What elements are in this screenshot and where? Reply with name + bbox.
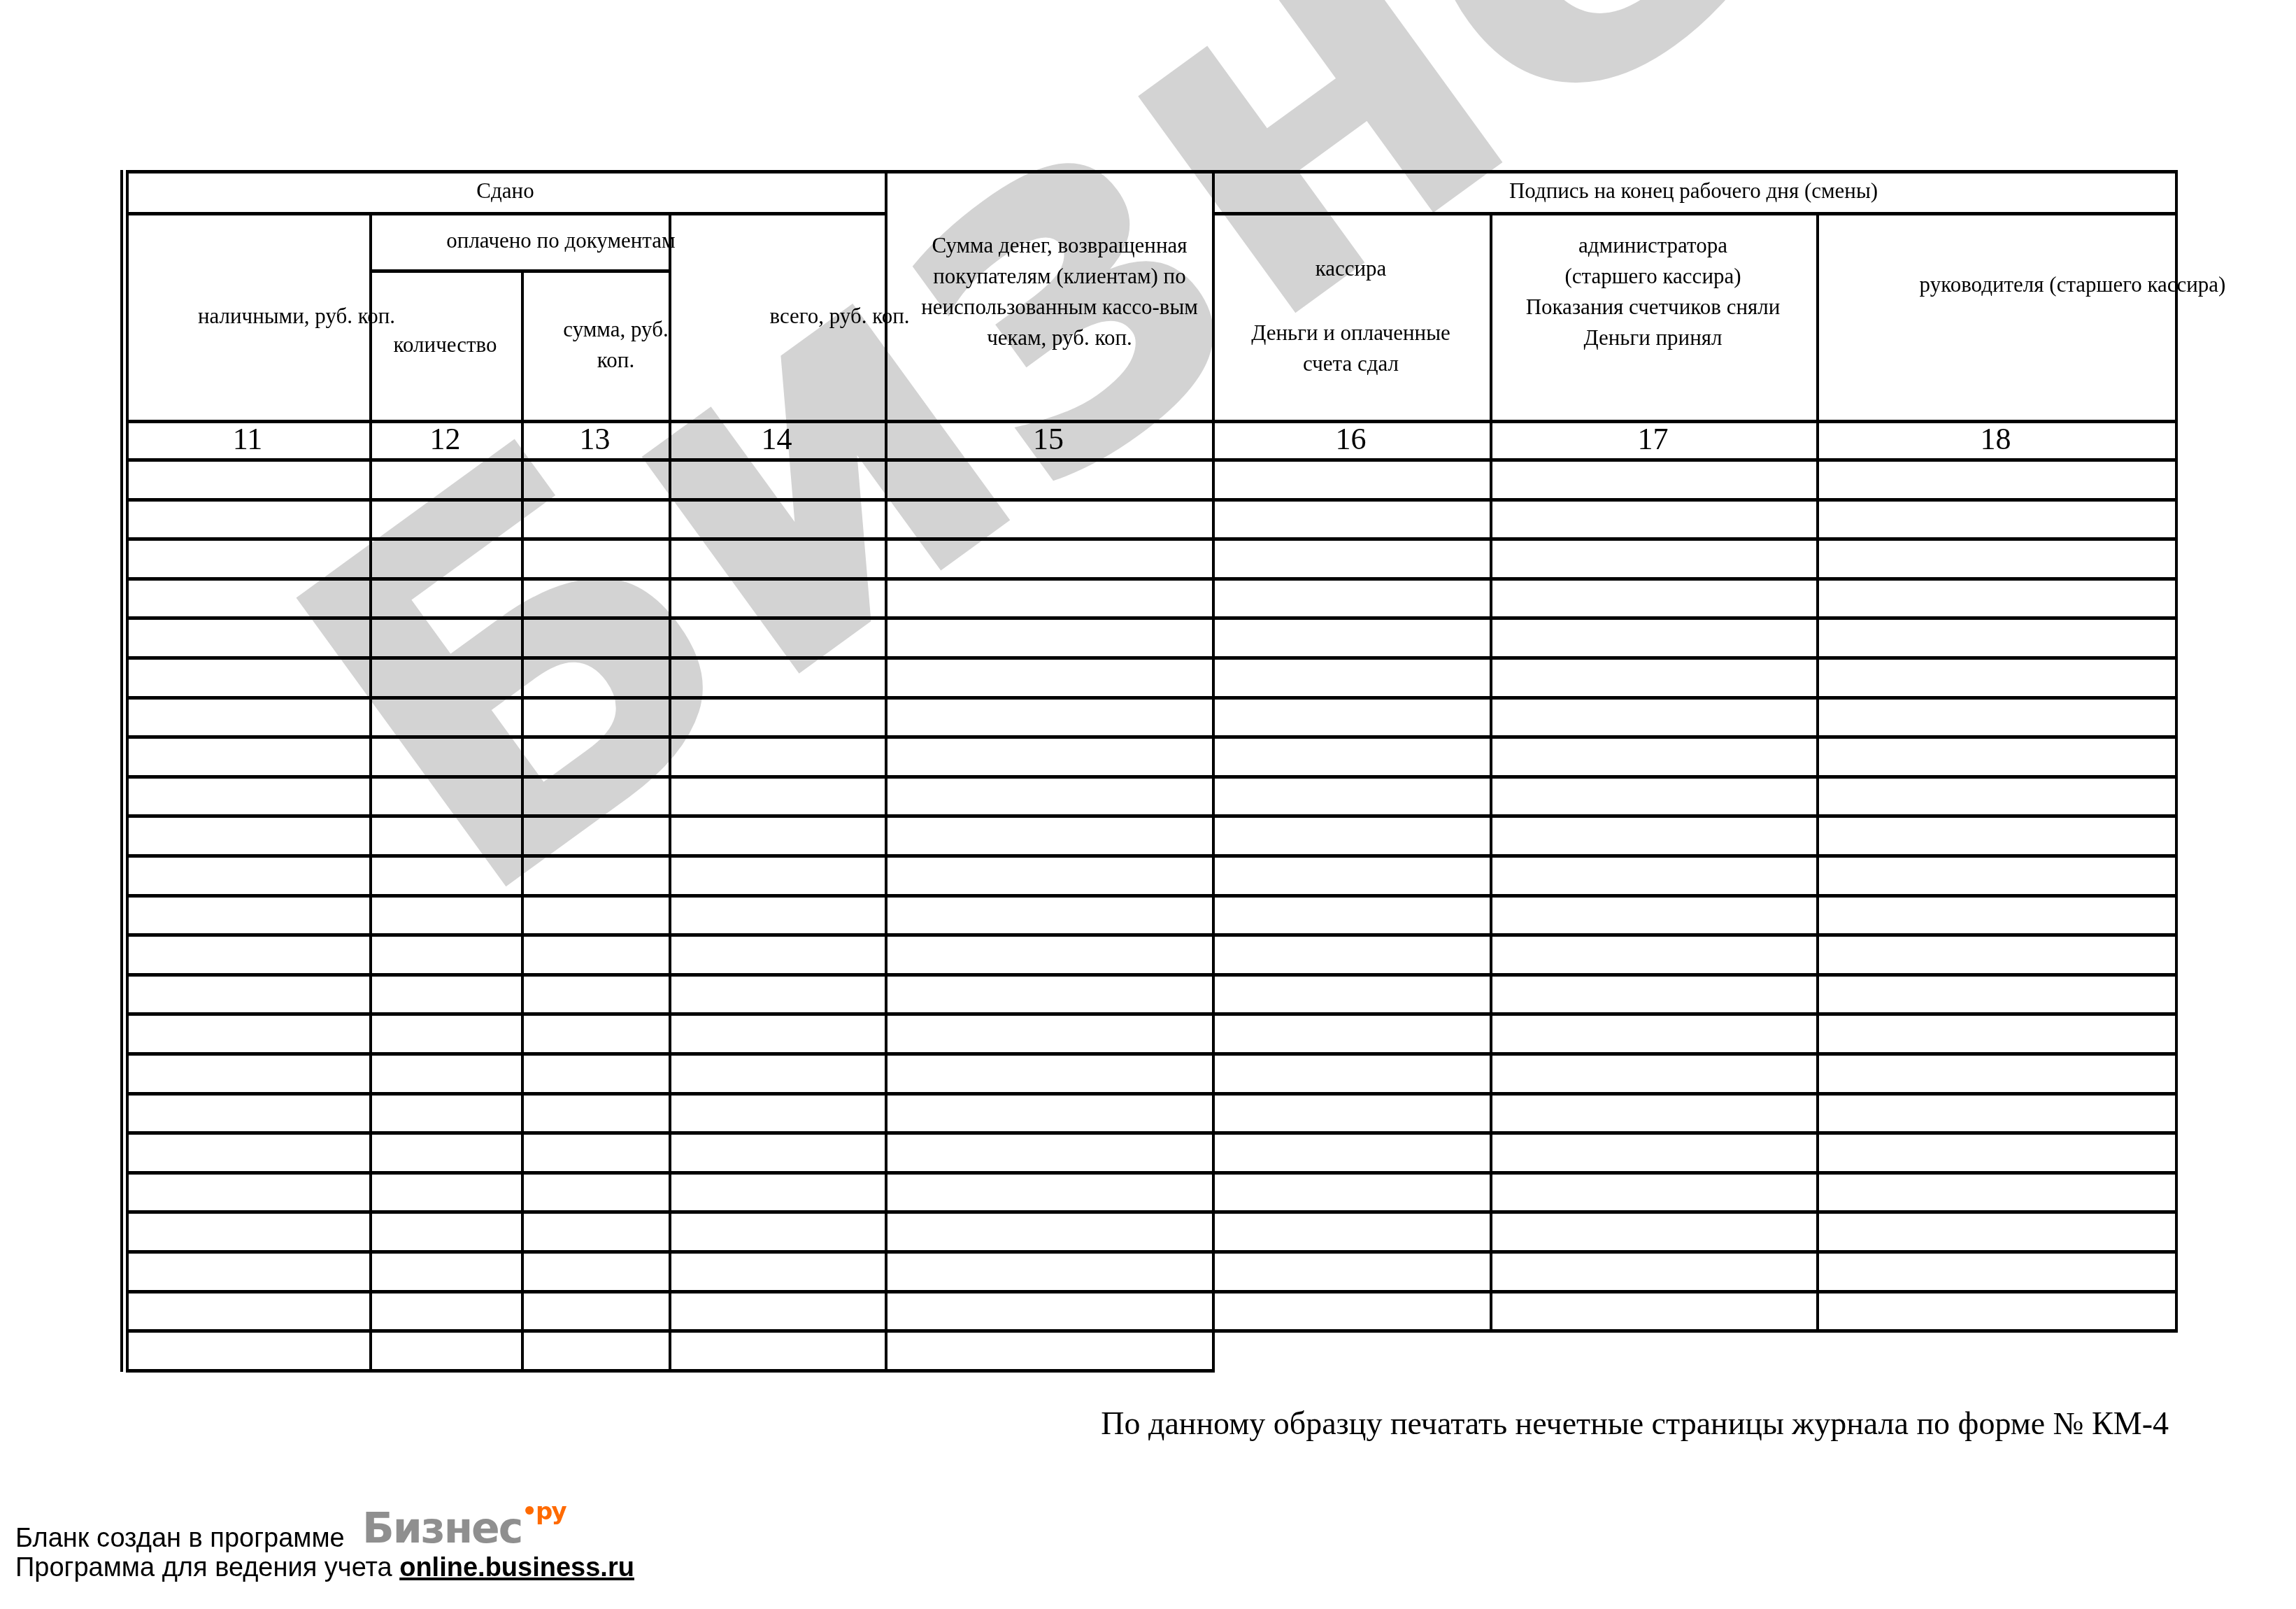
table-cell[interactable] [1215, 1254, 1490, 1290]
table-cell[interactable] [372, 937, 521, 973]
table-cell[interactable] [1492, 1293, 1816, 1330]
table-cell[interactable] [671, 462, 885, 498]
table-cell[interactable] [1819, 977, 2175, 1013]
col-number-12-text: 12 [430, 422, 461, 457]
table-cell[interactable] [129, 1175, 369, 1211]
table-cell[interactable] [524, 660, 669, 696]
table-cell[interactable] [129, 977, 369, 1013]
table-cell[interactable] [671, 1175, 885, 1211]
table-cell[interactable] [1819, 739, 2175, 775]
outer-left-border [120, 170, 123, 1372]
table-cell[interactable] [1215, 541, 1490, 577]
table-cell[interactable] [524, 1333, 669, 1369]
table-cell[interactable] [887, 620, 1212, 656]
table-cell[interactable] [1215, 937, 1490, 973]
table-cell[interactable] [1492, 739, 1816, 775]
table-cell[interactable] [671, 1293, 885, 1330]
table-cell[interactable] [671, 541, 885, 577]
table-cell[interactable] [671, 937, 885, 973]
table-cell[interactable] [671, 1254, 885, 1290]
table-cell[interactable] [1819, 1293, 2175, 1330]
table-cell[interactable] [1215, 660, 1490, 696]
table-cell[interactable] [887, 462, 1212, 498]
table-cell[interactable] [1492, 1175, 1816, 1211]
table-cell[interactable] [671, 660, 885, 696]
table-cell[interactable] [1492, 977, 1816, 1013]
table-cell[interactable] [372, 1096, 521, 1132]
table-cell[interactable] [671, 1016, 885, 1052]
table-cell[interactable] [887, 1175, 1212, 1211]
logo-text: Бизнес [362, 1504, 522, 1553]
table-cell[interactable] [1215, 858, 1490, 894]
table-cell[interactable] [129, 660, 369, 696]
table-cell[interactable] [129, 502, 369, 538]
col-number-18: 18 [1816, 420, 2175, 458]
table-cell[interactable] [372, 1333, 521, 1369]
table-cell[interactable] [671, 818, 885, 854]
table-cell[interactable] [887, 937, 1212, 973]
table-cell[interactable] [372, 1056, 521, 1092]
table-cell[interactable] [1819, 541, 2175, 577]
table-cell[interactable] [1215, 700, 1490, 736]
col-16-title: кассира [1315, 253, 1387, 284]
table-cell[interactable] [372, 1016, 521, 1052]
table-cell[interactable] [1492, 462, 1816, 498]
table-cell[interactable] [1492, 700, 1816, 736]
table-cell[interactable] [129, 1016, 369, 1052]
table-cell[interactable] [887, 977, 1212, 1013]
table-cell[interactable] [129, 1293, 369, 1330]
table-cell[interactable] [1215, 739, 1490, 775]
table-cell[interactable] [524, 1254, 669, 1290]
table-cell[interactable] [372, 462, 521, 498]
table-cell[interactable] [671, 779, 885, 815]
table-cell[interactable] [671, 898, 885, 934]
table-cell[interactable] [129, 462, 369, 498]
table-cell[interactable] [1492, 502, 1816, 538]
header-signature: Подпись на конец рабочего дня (смены) [1212, 170, 2175, 212]
footer-created-text: Бланк создан в программе [15, 1524, 345, 1553]
table-cell[interactable] [129, 620, 369, 656]
col-12-header: количество [369, 269, 521, 420]
table-cell[interactable] [1215, 898, 1490, 934]
table-cell[interactable] [887, 1096, 1212, 1132]
table-cell[interactable] [1215, 620, 1490, 656]
table-cell[interactable] [372, 858, 521, 894]
table-cell[interactable] [1215, 1056, 1490, 1092]
header-sdano: Сдано [126, 170, 885, 212]
table-cell[interactable] [129, 739, 369, 775]
table-cell[interactable] [887, 541, 1212, 577]
table-cell[interactable] [671, 620, 885, 656]
table-cell[interactable] [1819, 660, 2175, 696]
table-cell[interactable] [372, 1135, 521, 1171]
table-cell[interactable] [372, 581, 521, 617]
table-cell[interactable] [1819, 502, 2175, 538]
table-cell[interactable] [1492, 937, 1816, 973]
table-cell[interactable] [671, 1214, 885, 1250]
table-cell[interactable] [1492, 1214, 1816, 1250]
logo-suffix: •ру [522, 1498, 565, 1526]
table-cell[interactable] [1819, 898, 2175, 934]
table-cell[interactable] [671, 1135, 885, 1171]
table-cell[interactable] [372, 541, 521, 577]
table-cell[interactable] [372, 1175, 521, 1211]
table-cell[interactable] [129, 700, 369, 736]
table-cell[interactable] [671, 1056, 885, 1092]
table-cell[interactable] [887, 858, 1212, 894]
online-business-link[interactable]: online.business.ru [399, 1553, 634, 1582]
table-cell[interactable] [1492, 818, 1816, 854]
table-cell[interactable] [1492, 1096, 1816, 1132]
table-cell[interactable] [671, 581, 885, 617]
header-sdano-text: Сдано [476, 176, 534, 206]
table-cell[interactable] [887, 1254, 1212, 1290]
table-cell[interactable] [671, 700, 885, 736]
table-cell[interactable] [1819, 1175, 2175, 1211]
table-cell[interactable] [671, 739, 885, 775]
table-cell[interactable] [129, 858, 369, 894]
table-cell[interactable] [887, 1333, 1212, 1369]
col-16-subtitle: Деньги и оплаченные счета сдал [1212, 318, 1490, 379]
col-13-header-text: сумма, руб. коп. [542, 314, 690, 376]
table-cell[interactable] [1215, 1214, 1490, 1250]
col-number-15-text: 15 [1033, 422, 1064, 457]
table-cell[interactable] [1215, 462, 1490, 498]
col-number-12: 12 [369, 420, 521, 458]
table-cell[interactable] [524, 581, 669, 617]
table-cell[interactable] [887, 502, 1212, 538]
table-cell[interactable] [372, 660, 521, 696]
table-cell[interactable] [524, 1016, 669, 1052]
table-cell[interactable] [1492, 779, 1816, 815]
table-cell[interactable] [1215, 977, 1490, 1013]
table-cell[interactable] [524, 1135, 669, 1171]
table-cell[interactable] [129, 779, 369, 815]
table-cell[interactable] [524, 1175, 669, 1211]
table-cell[interactable] [1819, 1016, 2175, 1052]
table-cell[interactable] [129, 1254, 369, 1290]
table-cell[interactable] [887, 581, 1212, 617]
col-17-header: администратора (старшего кассира)Показан… [1490, 212, 1816, 371]
table-cell[interactable] [1492, 1254, 1816, 1290]
col-12-header-text: количество [394, 329, 497, 360]
table-cell[interactable] [1215, 1135, 1490, 1171]
table-cell[interactable] [1492, 898, 1816, 934]
table-cell[interactable] [129, 937, 369, 973]
table-cell[interactable] [524, 779, 669, 815]
table-cell[interactable] [1819, 937, 2175, 973]
footer-line-2: Программа для ведения учета online.busin… [15, 1553, 634, 1583]
table-cell[interactable] [1215, 581, 1490, 617]
table-cell[interactable] [129, 818, 369, 854]
col-number-16-text: 16 [1336, 422, 1367, 457]
footer-program-text: Программа для ведения учета [15, 1553, 392, 1582]
table-cell[interactable] [372, 898, 521, 934]
table-cell[interactable] [524, 620, 669, 656]
table-cell[interactable] [1215, 502, 1490, 538]
table-cell[interactable] [1492, 1016, 1816, 1052]
table-cell[interactable] [1819, 581, 2175, 617]
table-cell[interactable] [1492, 858, 1816, 894]
table-cell[interactable] [129, 581, 369, 617]
table-cell[interactable] [1215, 1016, 1490, 1052]
table-cell[interactable] [372, 620, 521, 656]
table-cell[interactable] [671, 502, 885, 538]
table-cell[interactable] [1215, 1293, 1490, 1330]
table-cell[interactable] [671, 977, 885, 1013]
table-cell[interactable] [1819, 1254, 2175, 1290]
table-cell[interactable] [1819, 779, 2175, 815]
table-cell[interactable] [129, 541, 369, 577]
col-number-11: 11 [126, 420, 369, 458]
table-cell[interactable] [1492, 660, 1816, 696]
table-cell[interactable] [1819, 620, 2175, 656]
header-paid-by-documents-text: оплачено по документам [446, 225, 675, 256]
table-cell[interactable] [1215, 1096, 1490, 1132]
table-cell[interactable] [129, 1214, 369, 1250]
col-number-15: 15 [885, 420, 1212, 458]
table-cell[interactable] [524, 462, 669, 498]
table-cell[interactable] [887, 1135, 1212, 1171]
table-cell[interactable] [671, 1096, 885, 1132]
table-cell[interactable] [129, 1056, 369, 1092]
col-number-14-text: 14 [762, 422, 792, 457]
business-ru-logo: Бизнес•ру [362, 1504, 566, 1553]
table-cell[interactable] [524, 1056, 669, 1092]
table-cell[interactable] [524, 937, 669, 973]
table-cell[interactable] [1215, 818, 1490, 854]
table-cell[interactable] [887, 700, 1212, 736]
col-17-subtitle: Показания счетчиков сняли Деньги принял [1490, 292, 1816, 353]
col-number-11-text: 11 [233, 422, 262, 457]
table-cell[interactable] [372, 779, 521, 815]
col-number-13-text: 13 [580, 422, 611, 457]
col-16-header: кассираДеньги и оплаченные счета сдал [1212, 212, 1490, 420]
table-cell[interactable] [1492, 620, 1816, 656]
table-cell[interactable] [1819, 1096, 2175, 1132]
table-cell[interactable] [372, 502, 521, 538]
table-cell[interactable] [524, 1096, 669, 1132]
table-cell[interactable] [372, 1214, 521, 1250]
table-cell[interactable] [129, 1135, 369, 1171]
table-cell[interactable] [372, 977, 521, 1013]
table-cell[interactable] [1215, 1175, 1490, 1211]
table-cell[interactable] [524, 977, 669, 1013]
table-cell[interactable] [129, 1333, 369, 1369]
table-cell[interactable] [1819, 1056, 2175, 1092]
table-cell[interactable] [887, 660, 1212, 696]
table-cell[interactable] [887, 1214, 1212, 1250]
table-cell[interactable] [887, 1016, 1212, 1052]
table-cell[interactable] [524, 739, 669, 775]
table-cell[interactable] [887, 1293, 1212, 1330]
table-cell[interactable] [524, 1214, 669, 1250]
col-18-header: руководителя (старшего кассира) [1816, 212, 2296, 357]
col-11-header-text: наличными, руб. коп. [198, 301, 395, 332]
table-cell[interactable] [524, 700, 669, 736]
table-cell[interactable] [524, 1293, 669, 1330]
table-cell[interactable] [372, 700, 521, 736]
footer-line-1: Бланк создан в программе [15, 1524, 345, 1554]
col-17-title: администратора (старшего кассира) [1490, 230, 1816, 292]
table-cell[interactable] [1492, 1056, 1816, 1092]
table-cell[interactable] [372, 1293, 521, 1330]
table-cell[interactable] [524, 502, 669, 538]
table-cell[interactable] [1819, 1214, 2175, 1250]
table-cell[interactable] [887, 818, 1212, 854]
table-cell[interactable] [671, 1333, 885, 1369]
col-number-14: 14 [669, 420, 885, 458]
table-cell[interactable] [1492, 581, 1816, 617]
table-cell[interactable] [1819, 700, 2175, 736]
table-cell[interactable] [524, 858, 669, 894]
table-cell[interactable] [887, 898, 1212, 934]
table-cell[interactable] [1819, 462, 2175, 498]
table-cell[interactable] [1492, 1135, 1816, 1171]
table-cell[interactable] [524, 818, 669, 854]
col-number-17: 17 [1490, 420, 1816, 458]
table-cell[interactable] [372, 818, 521, 854]
table-cell[interactable] [1492, 541, 1816, 577]
table-cell[interactable] [887, 1056, 1212, 1092]
col-number-16: 16 [1212, 420, 1490, 458]
col-number-17-text: 17 [1638, 422, 1669, 457]
table-cell[interactable] [1215, 779, 1490, 815]
table-cell[interactable] [671, 858, 885, 894]
table-cell[interactable] [129, 1096, 369, 1132]
table-cell[interactable] [524, 541, 669, 577]
col-15-header: Сумма денег, возвращенная покупателям (к… [885, 212, 1234, 420]
table-cell[interactable] [524, 898, 669, 934]
col-15-header-text: Сумма денег, возвращенная покупателям (к… [896, 230, 1223, 353]
header-signature-text: Подпись на конец рабочего дня (смены) [1509, 176, 1878, 206]
col-number-18-text: 18 [1981, 422, 2011, 457]
print-note: По данному образцу печатать нечетные стр… [1101, 1405, 2169, 1442]
table-cell[interactable] [887, 779, 1212, 815]
table-cell[interactable] [129, 898, 369, 934]
table-cell[interactable] [1819, 858, 2175, 894]
table-cell[interactable] [372, 739, 521, 775]
table-cell[interactable] [1819, 1135, 2175, 1171]
table-cell[interactable] [887, 739, 1212, 775]
col-number-13: 13 [521, 420, 669, 458]
table-cell[interactable] [1819, 818, 2175, 854]
col-18-header-text: руководителя (старшего кассира) [1920, 269, 2226, 300]
table-cell[interactable] [372, 1254, 521, 1290]
